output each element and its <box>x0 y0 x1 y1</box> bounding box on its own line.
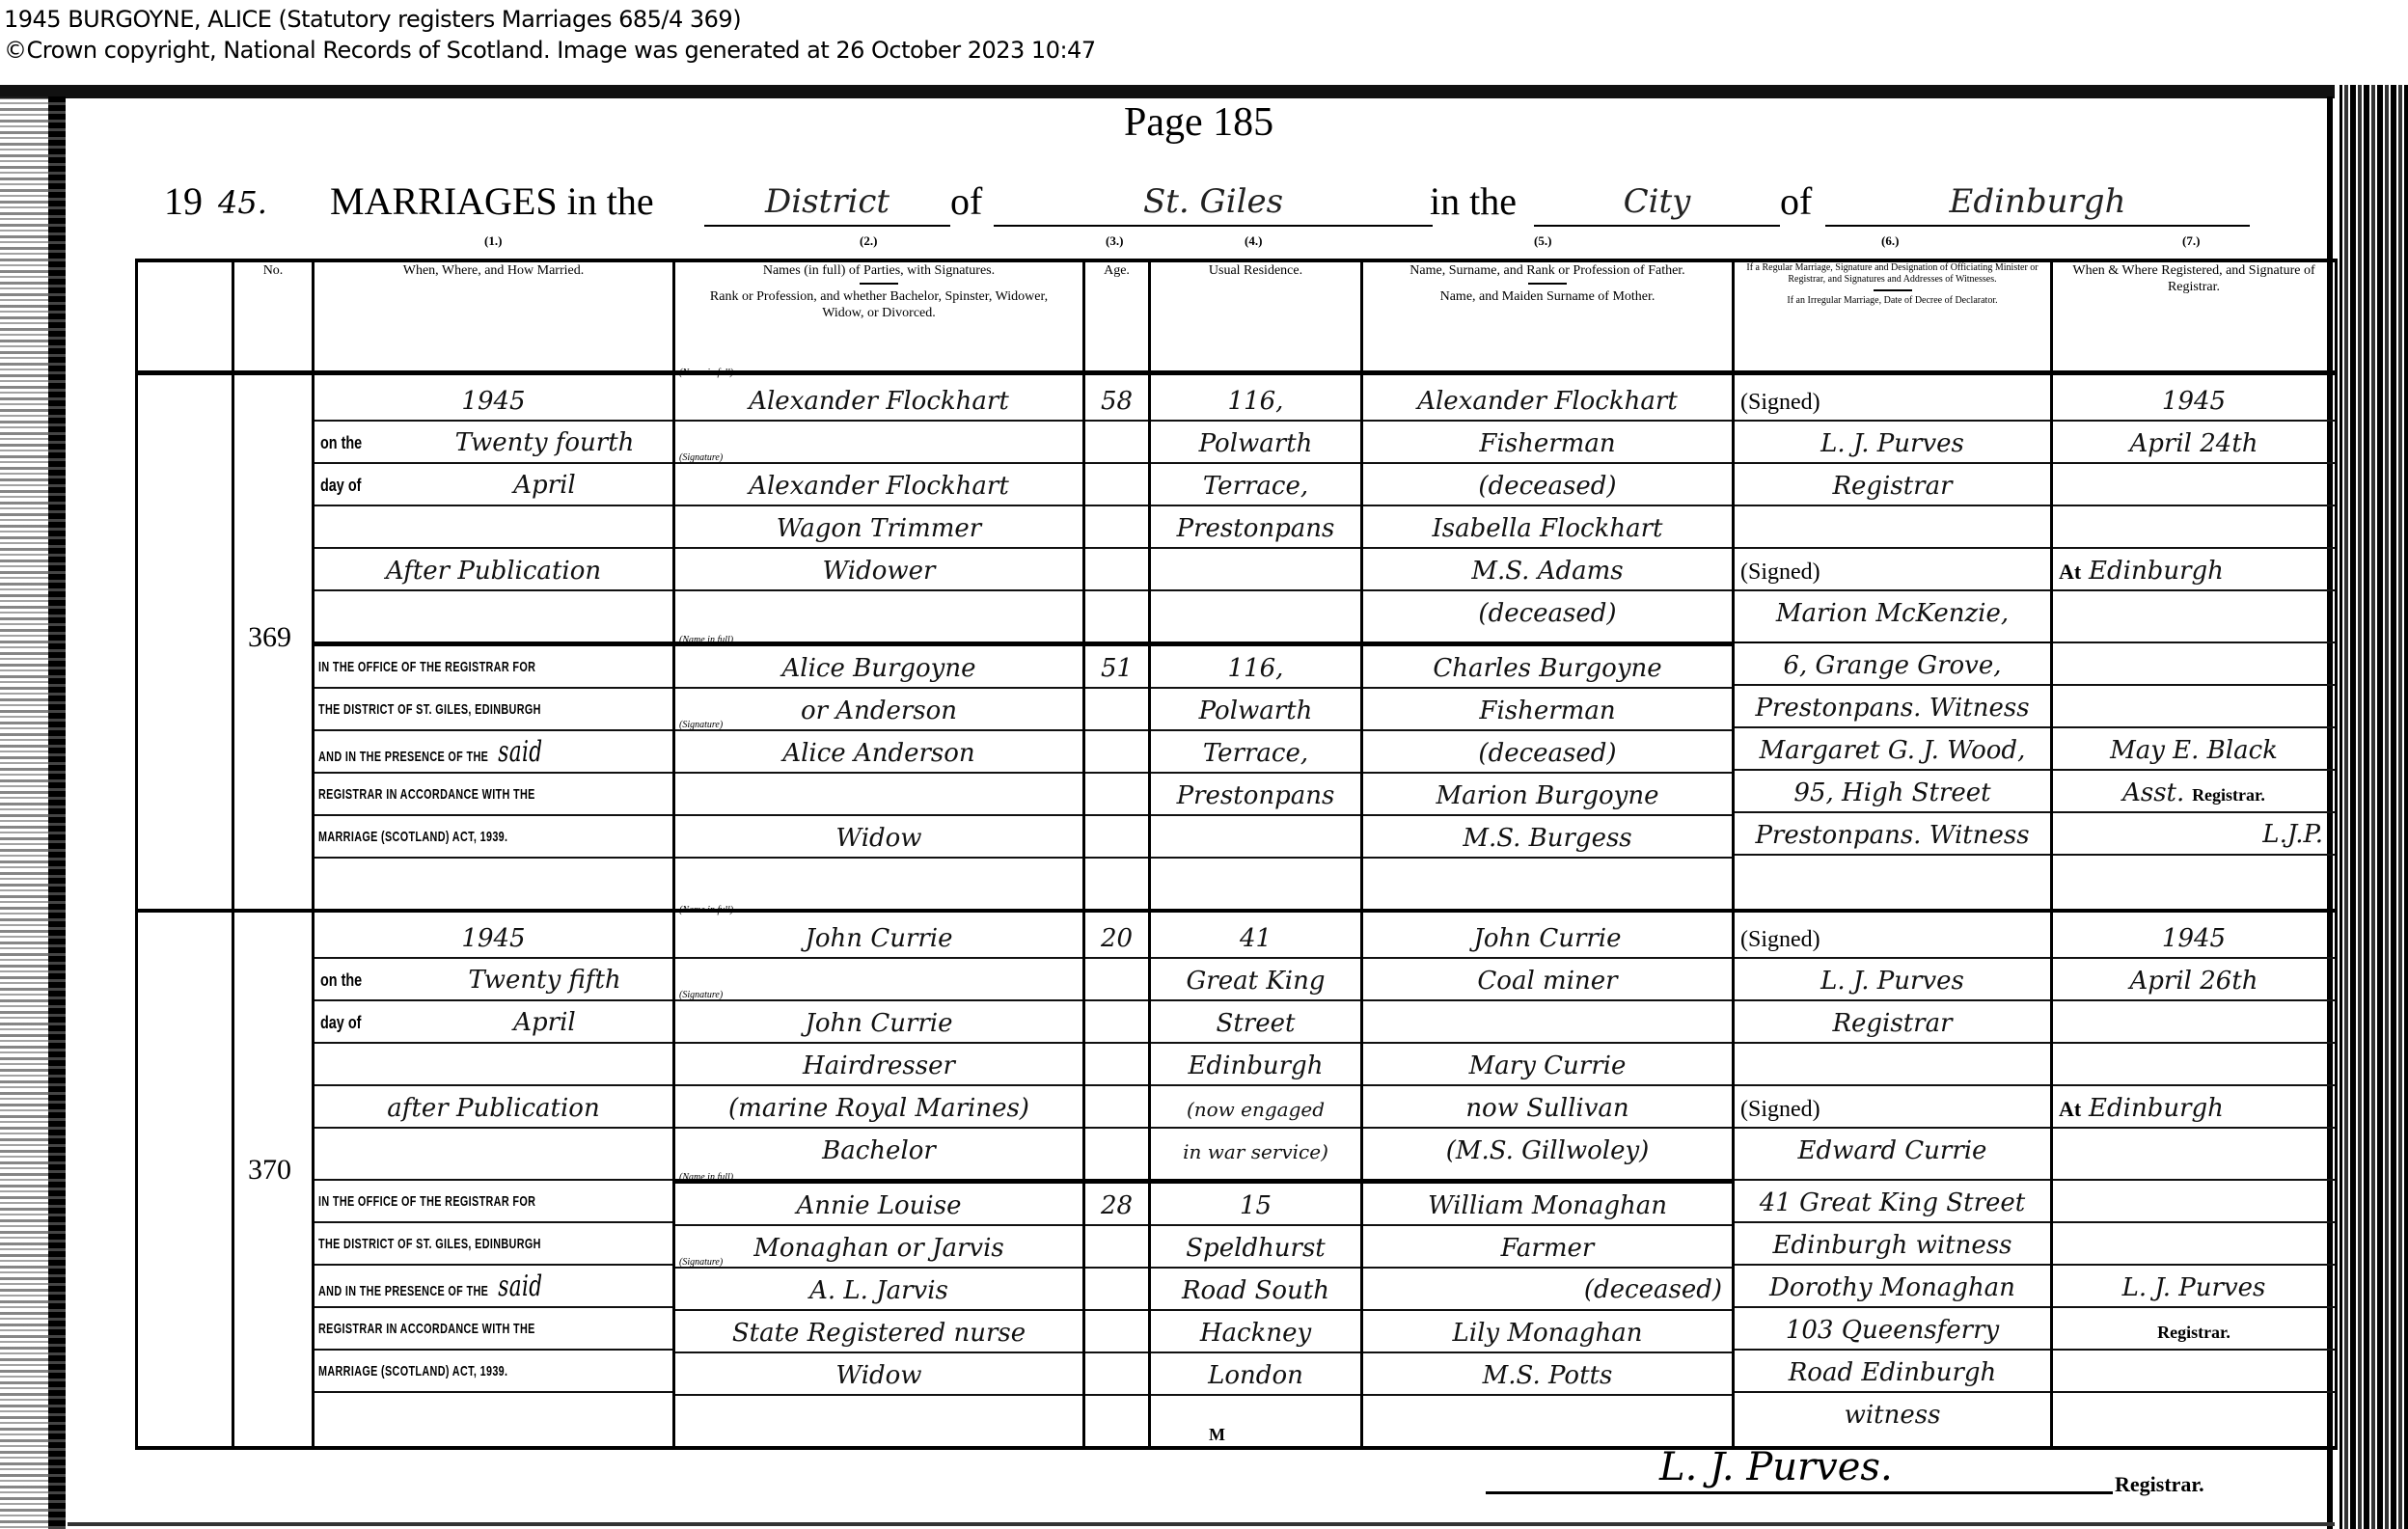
bride-status: Widow <box>835 1361 921 1390</box>
right-binding <box>2340 85 2408 1529</box>
column-number: (6.) <box>1881 233 1899 249</box>
header-residence: Usual Residence. <box>1150 260 1362 373</box>
year-prefix: 19 <box>164 178 203 224</box>
residence-cell: 116, Polwarth Terrace, Prestonpans 116, … <box>1150 373 1362 912</box>
burgh-type-field: City <box>1534 182 1780 227</box>
registrar-signature: L. J. Purves <box>2122 1273 2266 1302</box>
column-number: (3.) <box>1106 233 1123 249</box>
column-number: (4.) <box>1245 233 1262 249</box>
when-where-cell: 1945 on theTwenty fifth day ofApril afte… <box>314 911 674 1448</box>
column-header-row: No. When, Where, and How Married. Names … <box>137 260 2337 373</box>
parents-cell: John Currie Coal miner Mary Currie now S… <box>1362 911 1734 1448</box>
bride-signature: Alice Anderson <box>782 739 974 768</box>
bride-rank: State Registered nurse <box>732 1319 1026 1348</box>
groom-rank: Hairdresser <box>803 1051 955 1080</box>
groom-name: John Currie <box>805 924 952 953</box>
of-label: of <box>950 178 982 224</box>
header-father: Name, Surname, and Rank or Profession of… <box>1362 260 1734 373</box>
footer-registrar-signature: L. J. Purves. <box>1659 1445 1893 1489</box>
header-registered: When & Where Registered, and Signature o… <box>2052 260 2337 373</box>
header-no: No. <box>233 260 314 373</box>
margin-cell <box>137 911 233 1448</box>
column-number: (5.) <box>1534 233 1551 249</box>
adjacent-page-edge <box>0 96 48 1529</box>
page-top-edge <box>0 85 2335 98</box>
officiant-signature: L. J. Purves <box>1820 429 1964 458</box>
entry-number: 370 <box>233 911 314 1448</box>
page-marker: M <box>1209 1425 1225 1445</box>
registration-cell: 1945 April 26th At Edinburgh L. J. Purve… <box>2052 911 2337 1448</box>
left-binding <box>48 96 66 1529</box>
marriage-register-table: No. When, Where, and How Married. Names … <box>135 259 2338 1450</box>
bride-name: Alice Burgoyne <box>781 654 975 683</box>
table-row-entry-369: 369 1945 on theTwenty fourth day ofApril… <box>137 373 2337 912</box>
header-signed: If a Regular Marriage, Signature and Des… <box>1734 260 2052 373</box>
copyright-notice: ©Crown copyright, National Records of Sc… <box>4 37 1096 64</box>
age-cell: 58 51 <box>1084 373 1150 912</box>
parents-cell: Alexander Flockhart Fisherman (deceased)… <box>1362 373 1734 912</box>
bride-name: Annie Louise <box>797 1191 962 1220</box>
area-type-field: District <box>704 182 950 227</box>
year-suffix: 45. <box>218 184 267 221</box>
header-names: Names (in full) of Parties, with Signatu… <box>674 260 1084 373</box>
footer-registrar-label: Registrar. <box>2115 1472 2204 1497</box>
names-cell: (Name in full)Alexander Flockhart (Signa… <box>674 373 1084 912</box>
registration-cell: 1945 April 24th At Edinburgh May E. Blac… <box>2052 373 2337 912</box>
header-age: Age. <box>1084 260 1150 373</box>
column-number: (7.) <box>2182 233 2200 249</box>
margin-header <box>137 260 233 373</box>
bride-status: Widow <box>835 824 921 853</box>
footer-registrar-signature-line: L. J. Purves. <box>1486 1433 2113 1494</box>
groom-signature: Alexander Flockhart <box>749 472 1009 501</box>
officiant-signature: L. J. Purves <box>1820 967 1964 996</box>
when-where-cell: 1945 on theTwenty fourth day ofApril Aft… <box>314 373 674 912</box>
groom-rank: Wagon Trimmer <box>777 514 981 543</box>
groom-signature: John Currie <box>805 1009 952 1038</box>
officiant-witnesses-cell: (Signed) L. J. Purves Registrar (Signed)… <box>1734 373 2052 912</box>
residence-cell: 41 Great King Street Edinburgh (now enga… <box>1150 911 1362 1448</box>
record-title: 1945 BURGOYNE, ALICE (Statutory register… <box>4 6 741 33</box>
column-number: (2.) <box>860 233 877 249</box>
city-field: Edinburgh <box>1825 182 2250 227</box>
groom-name: Alexander Flockhart <box>749 387 1009 416</box>
of-label-2: of <box>1780 178 1812 224</box>
groom-status: Bachelor <box>822 1136 936 1165</box>
groom-status: Widower <box>823 557 936 586</box>
age-cell: 20 28 <box>1084 911 1150 1448</box>
officiant-witnesses-cell: (Signed) L. J. Purves Registrar (Signed)… <box>1734 911 2052 1448</box>
registrar-signature: May E. Black <box>2110 736 2278 765</box>
title-text: MARRIAGES in the <box>330 178 654 224</box>
entry-number: 369 <box>233 373 314 912</box>
names-cell: (Name in full)John Currie (Signature)Joh… <box>674 911 1084 1448</box>
table-row-entry-370: 370 1945 on theTwenty fifth day ofApril … <box>137 911 2337 1448</box>
header-when: When, Where, and How Married. <box>314 260 674 373</box>
margin-cell <box>137 373 233 912</box>
in-the-label: in the <box>1430 178 1517 224</box>
district-field: St. Giles <box>994 182 1433 227</box>
column-number: (1.) <box>484 233 502 249</box>
page-number: Page 185 <box>1124 99 1273 146</box>
page-bottom-edge <box>68 1522 2335 1526</box>
bride-signature: A. L. Jarvis <box>809 1276 948 1305</box>
